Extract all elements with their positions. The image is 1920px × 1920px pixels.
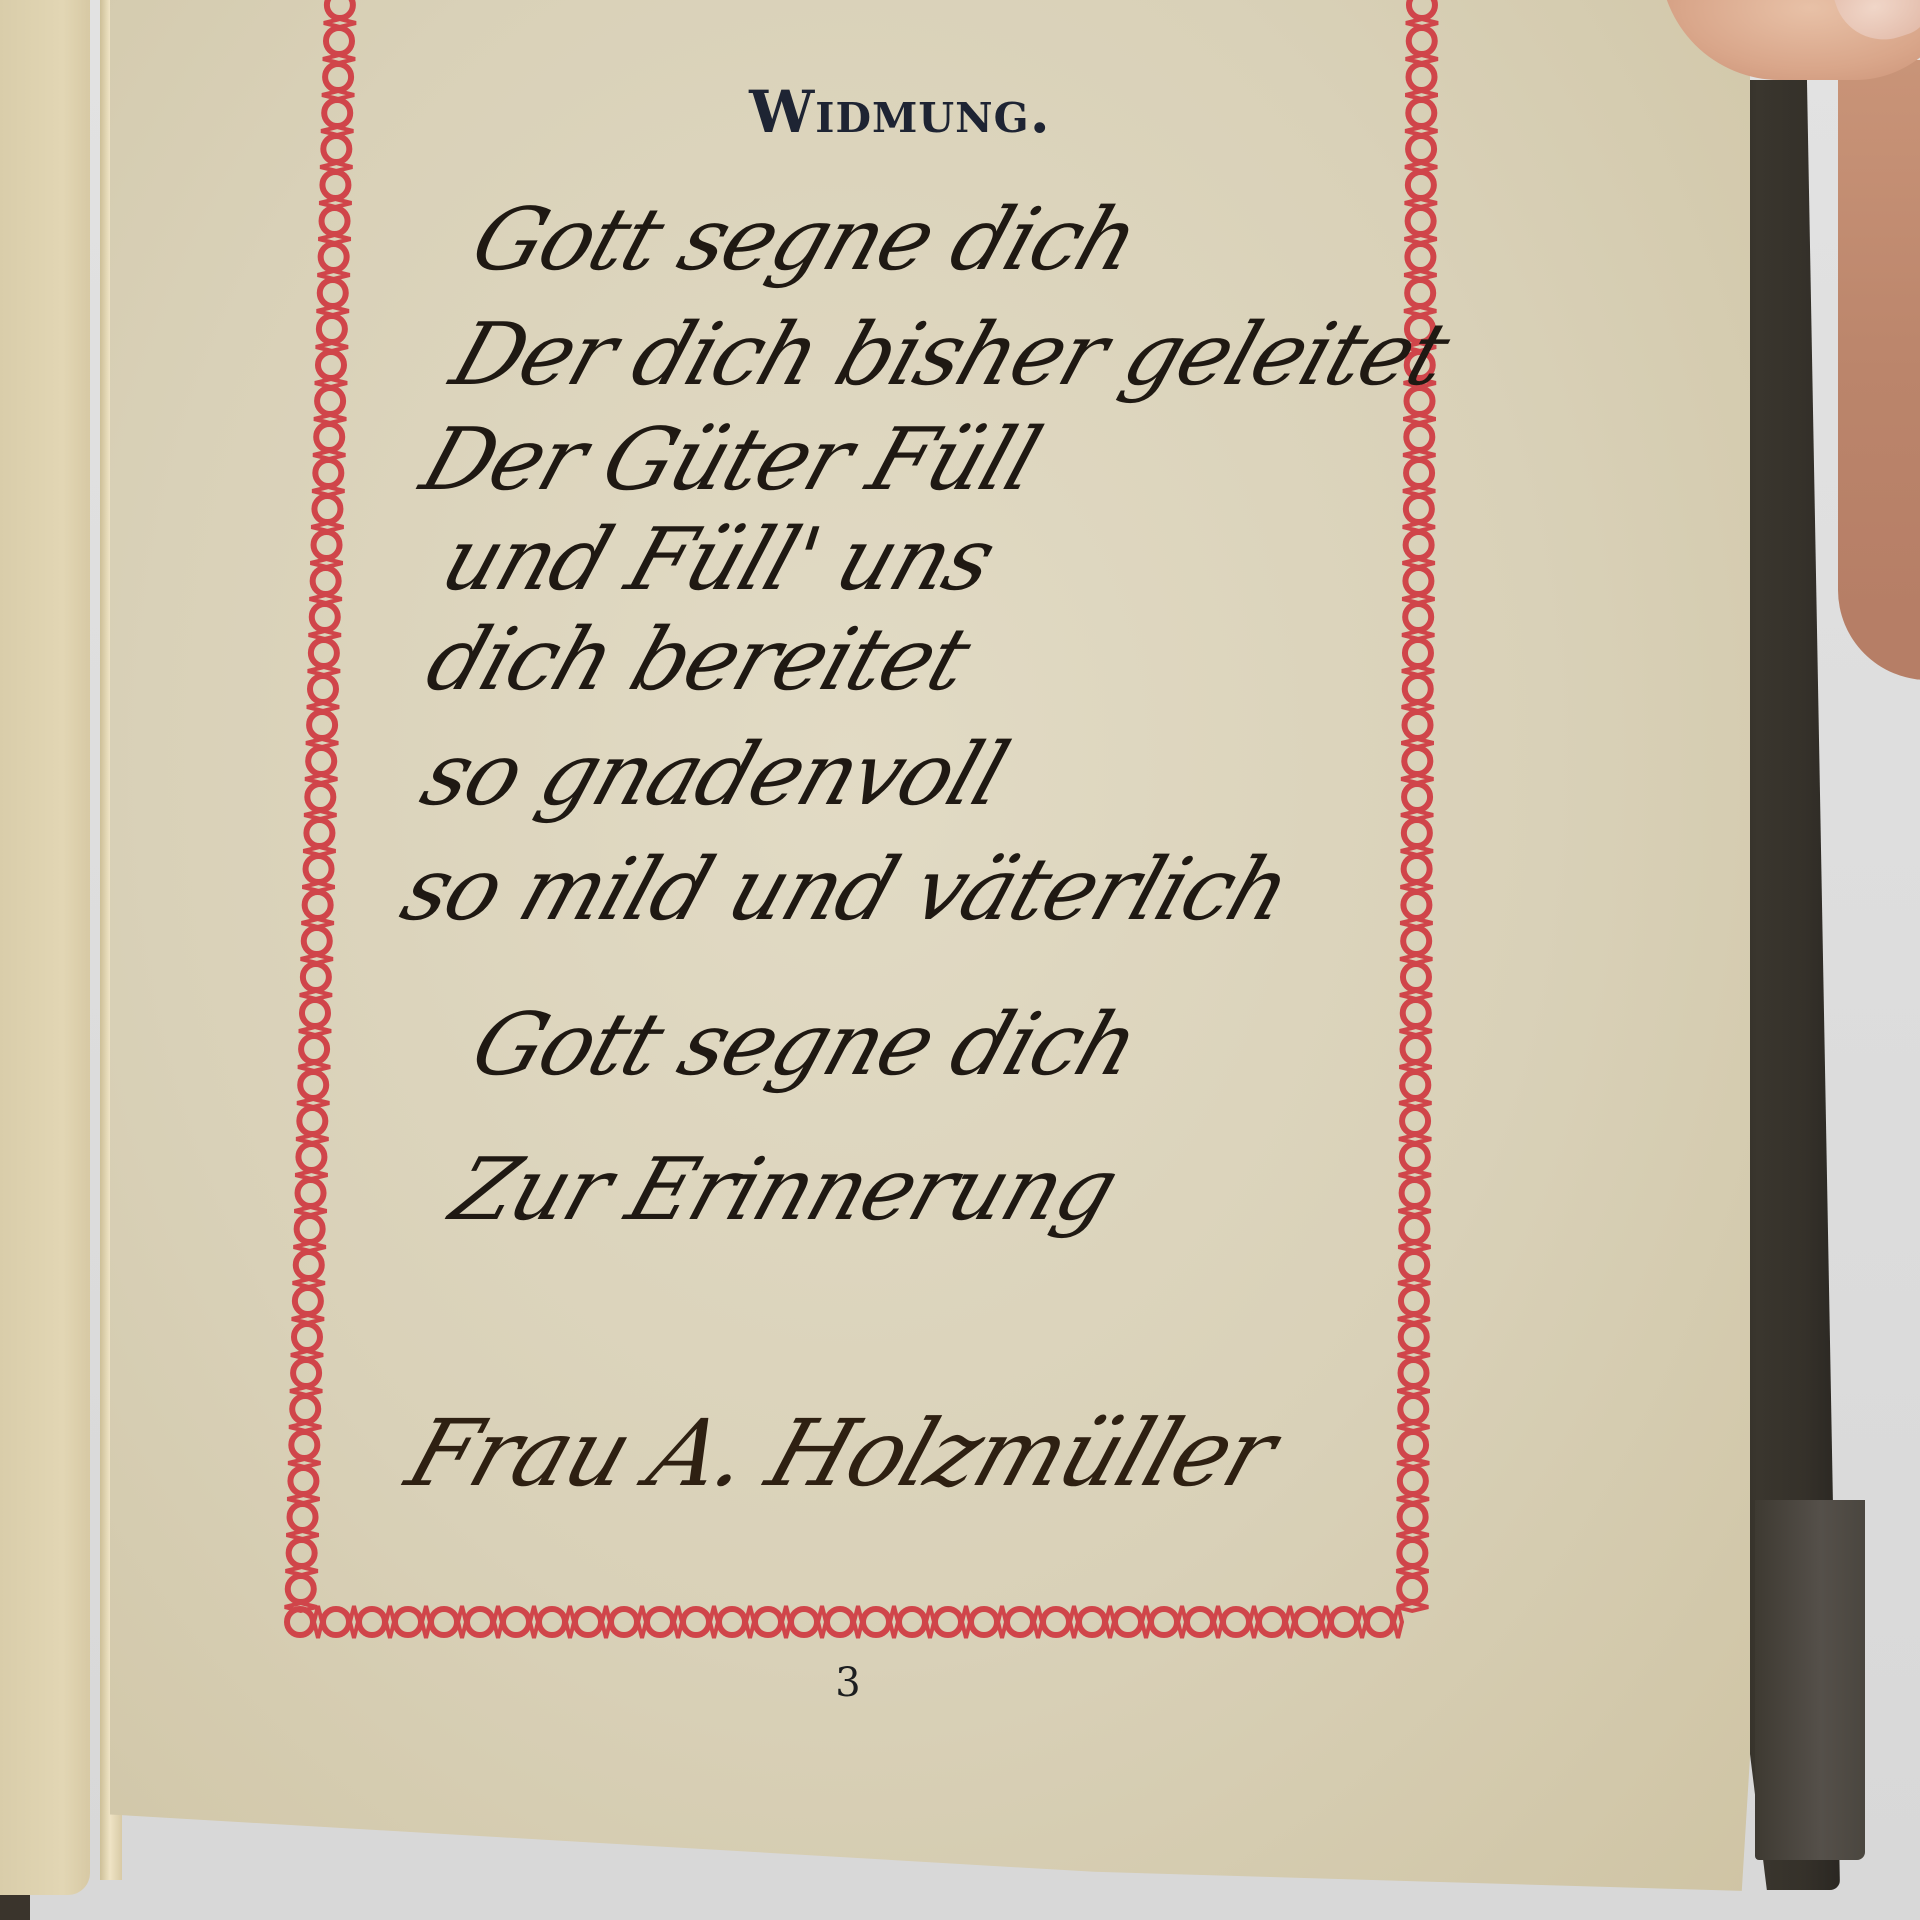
photo-scene: Widmung. Gott segne dich Der dich bisher…: [0, 0, 1920, 1920]
page-number: 3: [828, 1660, 868, 1706]
handwritten-line-4: und Füll' uns: [430, 510, 1006, 610]
page-title: Widmung.: [700, 78, 1100, 146]
left-page: [0, 0, 90, 1895]
handwritten-line-7: so mild und väterlich: [390, 840, 1301, 940]
handwritten-line-3: Der Güter Füll: [410, 410, 1051, 510]
handwritten-line-5: dich bereitet: [415, 610, 980, 710]
book-cover-corner: [1755, 1500, 1865, 1860]
handwritten-line-6: so gnadenvoll: [410, 725, 1018, 825]
handwritten-line-1: Gott segne dich: [460, 190, 1149, 290]
hand-palm: [1838, 60, 1920, 680]
handwritten-line-8: Gott segne dich: [460, 995, 1149, 1095]
signature: Frau A. Holzmüller: [395, 1400, 1287, 1507]
handwritten-line-2: Der dich bisher geleitet: [440, 305, 1460, 405]
handwritten-line-9: Zur Erinnerung: [440, 1140, 1128, 1240]
